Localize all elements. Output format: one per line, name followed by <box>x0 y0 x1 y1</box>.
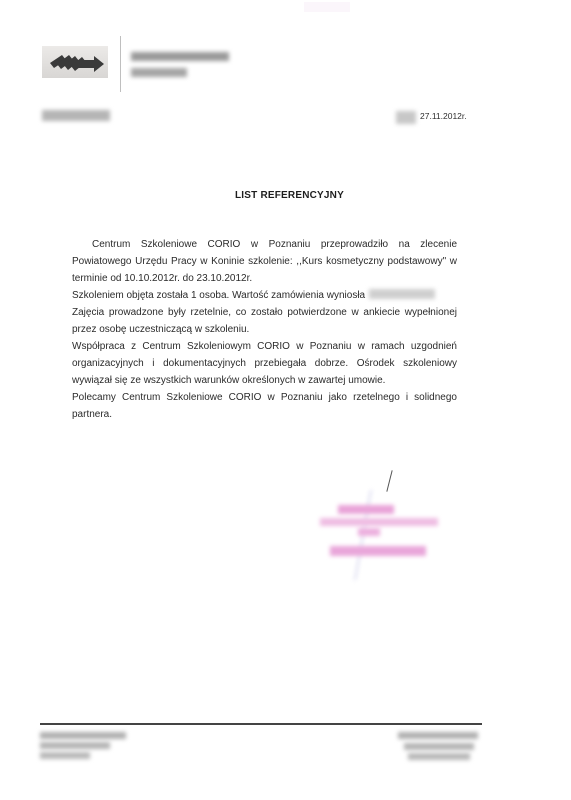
footer-right-line-1-redacted <box>398 732 478 739</box>
scan-artifact <box>304 2 350 12</box>
paragraph-training-info: Centrum Szkoleniowe CORIO w Poznaniu prz… <box>72 236 457 287</box>
footer-left-line-2-redacted <box>40 742 110 749</box>
organization-name-redacted <box>131 52 229 61</box>
stamp-line-1-redacted <box>338 505 394 514</box>
document-title: LIST REFERENCYJNY <box>0 190 571 201</box>
paragraph-cooperation: Współpraca z Centrum Szkoleniowym CORIO … <box>72 338 457 389</box>
organization-logo <box>42 46 108 78</box>
document-date: 27.11.2012r. <box>420 111 467 121</box>
footer-right-line-3-redacted <box>408 753 470 760</box>
paragraph-participants-text: Szkoleniem objęta została 1 osoba. Warto… <box>72 290 365 301</box>
arrows-logo-icon <box>42 46 108 78</box>
paragraph-classes: Zajęcia prowadzone były rzetelnie, co zo… <box>72 304 457 338</box>
stamp-line-4-redacted <box>330 546 426 556</box>
place-redacted <box>396 111 416 124</box>
order-value-redacted <box>369 289 435 299</box>
paragraph-recommendation: Polecamy Centrum Szkoleniowe CORIO w Poz… <box>72 389 457 423</box>
stamp-line-2-redacted <box>320 518 438 526</box>
document-title-text: LIST REFERENCYJNY <box>235 190 344 201</box>
paragraph-participants: Szkoleniem objęta została 1 osoba. Warto… <box>72 287 457 304</box>
reference-number-redacted <box>42 110 110 121</box>
footer-left-line-1-redacted <box>40 732 126 739</box>
organization-subline-redacted <box>131 68 187 77</box>
footer-right-line-2-redacted <box>404 743 474 750</box>
stamp-line-3-redacted <box>358 528 380 536</box>
letter-body: Centrum Szkoleniowe CORIO w Poznaniu prz… <box>72 236 457 423</box>
letterhead-divider <box>120 36 121 92</box>
footer-left-line-3-redacted <box>40 752 90 759</box>
signature-stroke <box>386 470 392 492</box>
footer-divider <box>40 723 482 725</box>
